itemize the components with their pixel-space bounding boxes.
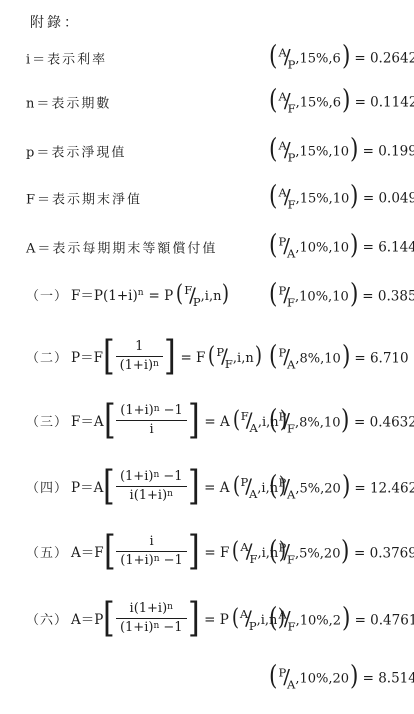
- factor-value: = 0.19925: [363, 144, 414, 160]
- factor-value: = 0.4632: [354, 415, 414, 431]
- paren-open-glyph: (: [269, 343, 277, 370]
- denominator: (1+i)n: [116, 357, 163, 374]
- paren-close-glyph: ): [342, 43, 350, 70]
- paren-close-glyph: ): [350, 663, 358, 690]
- numerator: i(1+i)n: [116, 601, 187, 619]
- factor-notation: (P/A,8%,10): [268, 348, 351, 367]
- formula-label: （一）: [26, 289, 68, 304]
- numerator: 1: [116, 339, 163, 357]
- fraction-slash-glyph: /: [283, 284, 290, 304]
- factor-args: ,10%,20: [295, 672, 349, 687]
- formula-mid: = A: [204, 480, 229, 496]
- paren-close-glyph: ): [255, 345, 262, 368]
- paren-close-glyph: ): [350, 281, 358, 308]
- factor-notation: (P/F,8%,10): [268, 412, 351, 431]
- paren-close-glyph: ): [342, 538, 350, 565]
- paren-close-glyph: ): [222, 283, 229, 306]
- fraction: (1+i)n −1i: [116, 403, 187, 437]
- definition-text: A＝表示每期期末等額償付值: [26, 242, 217, 257]
- definition-row: F＝表示期末淨值 (A/F,15%,10)= 0.04925: [26, 181, 414, 215]
- factor-args: ,10%,2: [296, 614, 341, 629]
- formula-mid: = P: [149, 288, 174, 304]
- factor-args: ,15%,10: [296, 192, 350, 207]
- factor-notation: (A/P,15%,6): [268, 48, 351, 67]
- formula-row: （四）P＝A[(1+i)n −1i(1+i)n]= A(P/A,i,n) (P/…: [26, 460, 414, 516]
- factor-value: = 0.04925: [363, 191, 414, 207]
- formula-expression: （六）A＝P[i(1+i)n(1+i)n −1]= P(A/P,i,n): [26, 612, 286, 628]
- formula-lhs: F＝P(1+i): [71, 288, 138, 304]
- paren-open-glyph: (: [269, 43, 277, 70]
- factor-value: = 12.462: [354, 481, 414, 497]
- factor-args: ,8%,10: [295, 352, 340, 367]
- bracket-close-glyph: ]: [188, 400, 200, 440]
- factor-args: ,10%,10: [295, 290, 349, 305]
- fraction-slash-glyph: /: [246, 410, 253, 430]
- factor-value: = 0.3855: [362, 289, 414, 305]
- fraction-slash-glyph: /: [284, 608, 291, 628]
- bracket-open-glyph: [: [103, 336, 115, 376]
- fraction: 1(1+i)n: [116, 339, 163, 373]
- fraction-slash-glyph: /: [283, 476, 290, 496]
- paren-open-glyph: (: [269, 663, 277, 690]
- definition-row: A＝表示每期期末等額償付值 (P/A,10%,10)= 6.144: [26, 230, 414, 264]
- fraction-slash-glyph: /: [283, 346, 290, 366]
- fraction-slash-glyph: /: [284, 139, 291, 159]
- formula-label: （六）: [26, 613, 68, 628]
- factor-value: = 0.26424: [354, 51, 414, 67]
- formula-label: （二）: [26, 351, 68, 366]
- formula-row: （二）P＝F[1(1+i)n]= F(P/F,i,n) (P/A,8%,10)=…: [26, 330, 414, 386]
- paren-open-glyph: (: [269, 281, 277, 308]
- factor-notation: (A/F,15%,6): [268, 92, 352, 111]
- formula-expression: （四）P＝A[(1+i)n −1i(1+i)n]= A(P/A,i,n): [26, 480, 287, 496]
- exponent: n: [138, 288, 144, 298]
- paren-open-glyph: (: [269, 232, 277, 259]
- definition-text: p＝表示淨現值: [26, 146, 126, 161]
- formula-row: （三）F＝A[(1+i)n −1i]= A(F/A,i,n) (P/F,8%,1…: [26, 394, 414, 450]
- factor-args: ,15%,10: [295, 145, 349, 160]
- paren-open-glyph: (: [232, 475, 239, 498]
- paren-open-glyph: (: [208, 345, 215, 368]
- paren-close-glyph: ): [350, 232, 358, 259]
- definition-text: F＝表示期末淨值: [26, 193, 142, 208]
- factor-args: ,i,n: [201, 289, 222, 304]
- factor-notation: (P/A,10%,20): [268, 668, 360, 687]
- fraction: i(1+i)n −1: [116, 534, 187, 568]
- formula-expression: （二）P＝F[1(1+i)n]= F(P/F,i,n): [26, 350, 263, 366]
- definition-text: n＝表示期數: [26, 97, 111, 112]
- page-title: 附錄：: [30, 12, 81, 32]
- factor-value: = 6.710: [354, 351, 408, 367]
- factor-value: = 8.514: [363, 671, 414, 687]
- bracket-open-glyph: [: [104, 400, 116, 440]
- formula-label: （三）: [26, 415, 68, 430]
- factor-notation: (P/F,10%,10): [268, 286, 359, 305]
- factor-args: ,8%,10: [295, 416, 340, 431]
- bracket-close-glyph: ]: [187, 466, 199, 506]
- factor-notation: (F/P,i,n): [175, 288, 230, 304]
- formula-lhs: P＝A: [71, 480, 103, 496]
- factor-notation: (P/A,5%,20): [268, 478, 351, 497]
- factor-value: = 0.47619: [355, 613, 414, 629]
- fraction-slash-glyph: /: [284, 90, 291, 110]
- paren-close-glyph: ): [342, 605, 350, 632]
- bracket-open-glyph: [: [103, 466, 115, 506]
- paren-open-glyph: (: [269, 605, 277, 632]
- numerator: (1+i)n −1: [116, 403, 187, 421]
- factor-value: = 0.11424: [355, 95, 414, 111]
- paren-close-glyph: ): [342, 343, 350, 370]
- paren-open-glyph: (: [232, 607, 239, 630]
- formula-row: （六）A＝P[i(1+i)n(1+i)n −1]= P(A/P,i,n) (A/…: [26, 592, 414, 648]
- factor-args: ,i,n: [233, 351, 254, 366]
- factor-notation: (A/F,10%,2): [268, 610, 352, 629]
- fraction-slash-glyph: /: [189, 285, 196, 305]
- fraction-slash-glyph: /: [284, 46, 291, 66]
- bracket-close-glyph: ]: [188, 531, 200, 571]
- bracket-open-glyph: [: [103, 598, 115, 638]
- fraction-slash-glyph: /: [284, 186, 291, 206]
- definition-row: p＝表示淨現值 (A/P,15%,10)= 0.19925: [26, 134, 414, 168]
- fraction-slash-glyph: /: [246, 541, 253, 561]
- formula-lhs: F＝A: [71, 414, 104, 430]
- factor-args: ,15%,6: [295, 52, 340, 67]
- paren-open-glyph: (: [269, 473, 277, 500]
- formula-lhs: P＝F: [71, 350, 103, 366]
- paren-open-glyph: (: [269, 87, 277, 114]
- factor-notation: (P/A,10%,10): [268, 237, 360, 256]
- fraction-slash-glyph: /: [283, 410, 290, 430]
- factor-notation: (P/F,i,n): [207, 350, 262, 366]
- formula-expression: （三）F＝A[(1+i)n −1i]= A(F/A,i,n): [26, 414, 288, 430]
- bracket-open-glyph: [: [104, 531, 116, 571]
- factor-row: (P/A,10%,20)= 8.514: [26, 661, 414, 695]
- factor-notation: (A/F,15%,10): [268, 188, 360, 207]
- formula-lhs: A＝P: [71, 612, 103, 628]
- definition-text: i＝表示利率: [26, 53, 107, 68]
- factor-notation: (A/P,15%,10): [268, 141, 360, 160]
- paren-open-glyph: (: [269, 538, 277, 565]
- fraction-slash-glyph: /: [283, 235, 290, 255]
- numerator: i: [116, 534, 187, 552]
- fraction: (1+i)n −1i(1+i)n: [116, 469, 187, 503]
- fraction-slash-glyph: /: [283, 541, 290, 561]
- formula-expression: （一）F＝P(1+i)n= P(F/P,i,n): [26, 288, 230, 304]
- denominator: (1+i)n −1: [116, 552, 187, 569]
- formula-row: （五）A＝F[i(1+i)n −1]= F(A/F,i,n) (P/F,5%,2…: [26, 525, 414, 581]
- formula-mid: = P: [204, 612, 229, 628]
- paren-close-glyph: ): [342, 407, 350, 434]
- paren-open-glyph: (: [269, 183, 277, 210]
- fraction-slash-glyph: /: [245, 476, 252, 496]
- paren-open-glyph: (: [232, 540, 239, 563]
- paren-open-glyph: (: [269, 407, 277, 434]
- denominator: i(1+i)n: [116, 487, 187, 504]
- paren-open-glyph: (: [233, 409, 240, 432]
- document-page: 附錄： i＝表示利率 (A/P,15%,6)= 0.26424 n＝表示期數 (…: [0, 0, 414, 714]
- paren-close-glyph: ): [350, 183, 358, 210]
- factor-args: ,5%,20: [295, 547, 340, 562]
- paren-close-glyph: ): [342, 473, 350, 500]
- formula-label: （五）: [26, 546, 68, 561]
- factor-value: = 6.144: [363, 240, 414, 256]
- numerator: (1+i)n −1: [116, 469, 187, 487]
- paren-close-glyph: ): [350, 136, 358, 163]
- fraction-slash-glyph: /: [221, 346, 228, 366]
- paren-open-glyph: (: [176, 283, 183, 306]
- denominator: i: [116, 421, 187, 438]
- paren-close-glyph: ): [342, 87, 350, 114]
- fraction: i(1+i)n(1+i)n −1: [116, 601, 187, 635]
- factor-value: = 0.3769: [354, 546, 414, 562]
- fraction-slash-glyph: /: [245, 608, 252, 628]
- formula-mid: = F: [204, 545, 229, 561]
- factor-args: ,5%,20: [295, 482, 340, 497]
- bracket-close-glyph: ]: [164, 336, 176, 376]
- definition-row: n＝表示期數 (A/F,15%,6)= 0.11424: [26, 85, 414, 119]
- definition-row: i＝表示利率 (A/P,15%,6)= 0.26424: [26, 41, 414, 75]
- bracket-close-glyph: ]: [187, 598, 199, 638]
- formula-label: （四）: [26, 481, 68, 496]
- formula-lhs: A＝F: [71, 545, 104, 561]
- formula-mid: = A: [204, 414, 229, 430]
- fraction-slash-glyph: /: [283, 666, 290, 686]
- paren-open-glyph: (: [269, 136, 277, 163]
- factor-args: ,10%,10: [295, 241, 349, 256]
- formula-mid: = F: [180, 350, 205, 366]
- factor-args: ,15%,6: [296, 96, 341, 111]
- formula-row: （一）F＝P(1+i)n= P(F/P,i,n) (P/F,10%,10)= 0…: [26, 276, 414, 316]
- factor-notation: (P/F,5%,20): [268, 543, 351, 562]
- formula-expression: （五）A＝F[i(1+i)n −1]= F(A/F,i,n): [26, 545, 287, 561]
- denominator: (1+i)n −1: [116, 619, 187, 636]
